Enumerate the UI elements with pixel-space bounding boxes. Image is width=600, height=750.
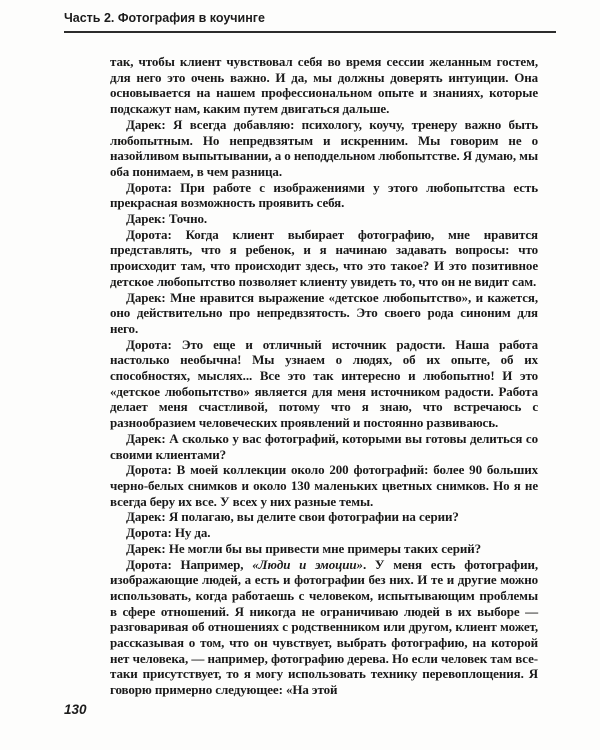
speaker-name: Дарек: — [126, 541, 166, 556]
paragraph-text: Мне нравится выражение «детское любопытс… — [110, 290, 538, 336]
speaker-name: Дарек: — [126, 431, 166, 446]
paragraph: Дарек: Точно. — [110, 211, 538, 227]
paragraph: Дорота: Это еще и отличный источник радо… — [110, 337, 538, 431]
series-title-italic: «Люди и эмоции» — [252, 557, 363, 572]
speaker-name: Дорота: — [126, 557, 172, 572]
paragraph: Дарек: Я всегда добавляю: психологу, коу… — [110, 117, 538, 180]
speaker-name: Дорота: — [126, 337, 172, 352]
speaker-name: Дорота: — [126, 227, 172, 242]
page-body: так, чтобы клиент чувствовал себя во вре… — [110, 54, 538, 698]
paragraph: Дарек: Не могли бы вы привести мне приме… — [110, 541, 538, 557]
speaker-name: Дарек: — [126, 117, 166, 132]
speaker-name: Дорота: — [126, 462, 172, 477]
paragraph-text: Точно. — [166, 211, 207, 226]
speaker-name: Дорота: — [126, 525, 172, 540]
paragraph: Дорота: При работе с изображениями у это… — [110, 180, 538, 211]
speaker-name: Дарек: — [126, 211, 166, 226]
paragraph-text: Когда клиент выбирает фотографию, мне нр… — [110, 227, 538, 289]
speaker-name: Дорота: — [126, 180, 172, 195]
paragraph: Дорота: В моей коллекции около 200 фотог… — [110, 462, 538, 509]
speaker-name: Дарек: — [126, 509, 166, 524]
paragraph-text: Это еще и отличный источник радости. Наш… — [110, 337, 538, 431]
paragraph: Дорота: Например, «Люди и эмоции». У мен… — [110, 557, 538, 698]
paragraph: Дорота: Ну да. — [110, 525, 538, 541]
paragraph-text: Я полагаю, вы делите свои фотографии на … — [166, 509, 459, 524]
paragraph-text: . У меня есть фотографии, изображающие л… — [110, 557, 538, 698]
paragraph-text: так, чтобы клиент чувствовал себя во вре… — [110, 54, 538, 116]
header-rule — [64, 31, 556, 33]
paragraph-text: Например, — [172, 557, 253, 572]
speaker-name: Дарек: — [126, 290, 166, 305]
paragraph-text: Не могли бы вы привести мне примеры таки… — [166, 541, 481, 556]
paragraph: Дарек: Я полагаю, вы делите свои фотогра… — [110, 509, 538, 525]
page-number: 130 — [64, 702, 87, 717]
paragraph: Дарек: Мне нравится выражение «детское л… — [110, 290, 538, 337]
paragraph: Дарек: А сколько у вас фотографий, котор… — [110, 431, 538, 462]
paragraph-text: Я всегда добавляю: психологу, коучу, тре… — [110, 117, 538, 179]
paragraph-text: А сколько у вас фотографий, которыми вы … — [110, 431, 538, 462]
running-header: Часть 2. Фотография в коучинге — [64, 11, 265, 25]
paragraph: так, чтобы клиент чувствовал себя во вре… — [110, 54, 538, 117]
paragraph-text: В моей коллекции около 200 фотографий: б… — [110, 462, 538, 508]
paragraph: Дорота: Когда клиент выбирает фотографию… — [110, 227, 538, 290]
paragraph-text: Ну да. — [172, 525, 211, 540]
book-page: Часть 2. Фотография в коучинге так, чтоб… — [0, 0, 600, 750]
paragraph-text: При работе с изображениями у этого любоп… — [110, 180, 538, 211]
